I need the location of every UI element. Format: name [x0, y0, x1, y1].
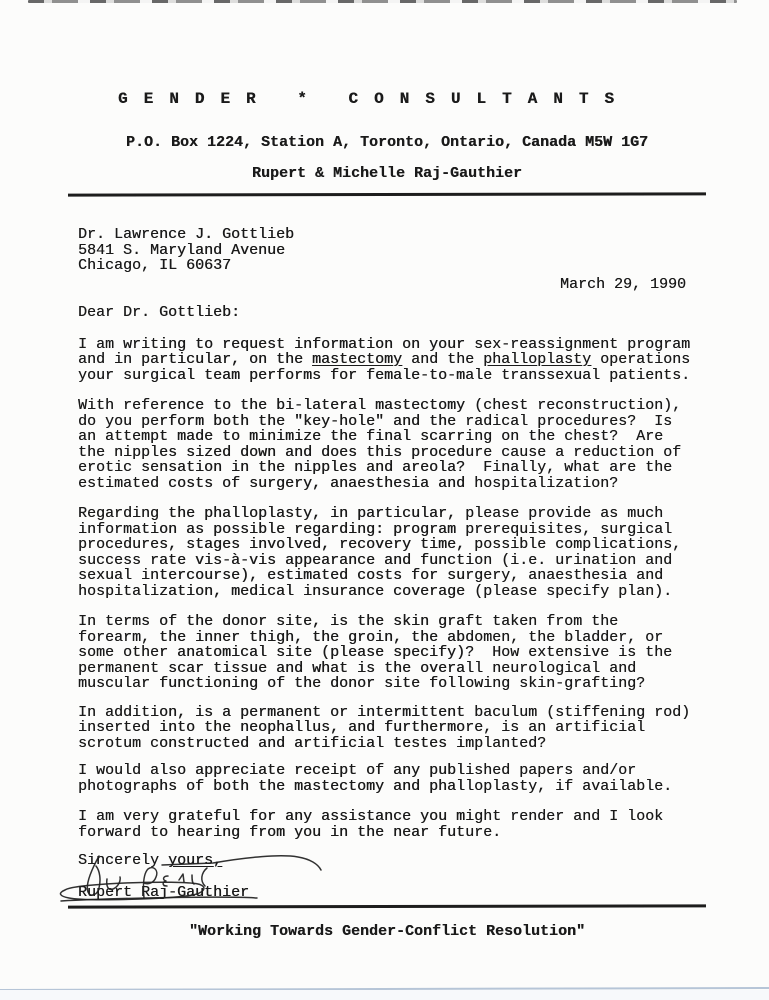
recipient-address-block: Dr. Lawrence J. Gottlieb 5841 S. Marylan…	[78, 227, 710, 274]
recipient-name: Dr. Lawrence J. Gottlieb	[78, 227, 710, 243]
footer-motto: "Working Towards Gender-Conflict Resolut…	[68, 923, 706, 940]
paragraph-1: I am writing to request information on y…	[78, 337, 710, 384]
underlined-term-phalloplasty: phalloplasty	[483, 351, 591, 368]
scan-artifact-top-edge	[28, 0, 737, 3]
paragraph-5: In addition, is a permanent or intermitt…	[78, 705, 710, 752]
paragraph-1-text: and the	[402, 351, 483, 368]
date-line: March 29, 1990	[78, 277, 710, 293]
letterhead-principals: Rupert & Michelle Raj-Gauthier	[68, 165, 706, 182]
underlined-term-mastectomy: mastectomy	[312, 351, 402, 368]
recipient-street: 5841 S. Maryland Avenue	[78, 243, 710, 259]
scan-artifact-bottom-margin	[0, 990, 769, 1000]
paragraph-4: In terms of the donor site, is the skin …	[78, 614, 710, 692]
letterhead-org-name: GENDER * CONSULTANTS	[118, 90, 630, 108]
recipient-city: Chicago, IL 60637	[78, 258, 710, 274]
paragraph-7: I am very grateful for any assistance yo…	[78, 809, 710, 840]
paragraph-2: With reference to the bi-lateral mastect…	[78, 398, 710, 491]
letterhead-divider-rule	[68, 192, 706, 196]
paragraph-3: Regarding the phalloplasty, in particula…	[78, 506, 710, 599]
salutation: Dear Dr. Gottlieb:	[78, 305, 710, 321]
letter-body: Dr. Lawrence J. Gottlieb 5841 S. Marylan…	[78, 227, 710, 900]
paragraph-6: I would also appreciate receipt of any p…	[78, 763, 710, 794]
footer-divider-rule	[68, 904, 706, 908]
scanned-letter-page: GENDER * CONSULTANTS P.O. Box 1224, Stat…	[0, 0, 769, 1000]
letterhead-address: P.O. Box 1224, Station A, Toronto, Ontar…	[68, 134, 706, 151]
handwritten-signature-icon	[55, 845, 395, 907]
